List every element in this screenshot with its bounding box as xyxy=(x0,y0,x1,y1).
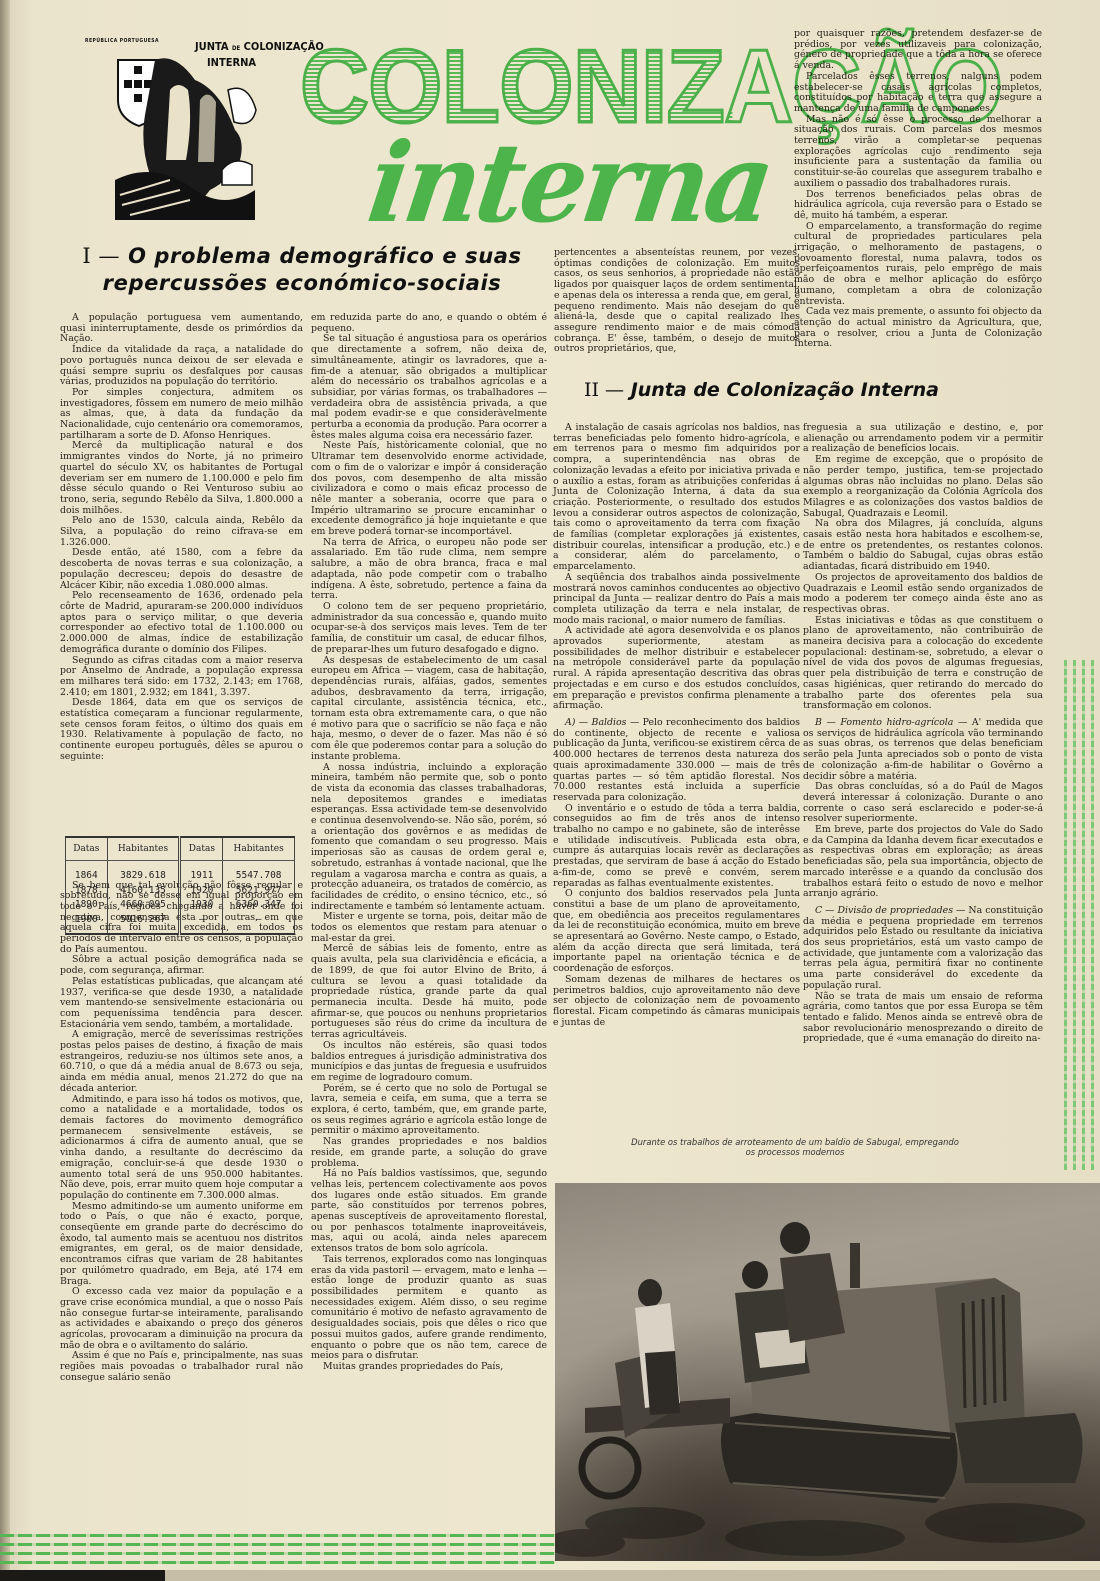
paragraph: Não se trata de mais um ensaio de reform… xyxy=(803,992,1043,1046)
cell: 1920 xyxy=(180,884,223,899)
cell: 5621.977 xyxy=(223,884,295,899)
page-bottom-edge xyxy=(0,1570,1100,1581)
section-1-title-line2: repercussões económico-sociais xyxy=(62,270,542,297)
cell: — xyxy=(180,913,223,935)
caption-line-1: Durante os trabalhos de arroteamento de … xyxy=(585,1137,1005,1147)
paragraph: A instalação de casais agrícolas nos bal… xyxy=(553,423,800,573)
table-row: 1890 4660.095 1930 6360.347 xyxy=(66,898,295,913)
emblem-de: DE xyxy=(232,45,240,52)
paragraph: O excesso cada vez maior da população e … xyxy=(60,1287,303,1351)
section-2-number: II — xyxy=(584,379,624,401)
paragraph: Mas não é só êsse o processo de melhorar… xyxy=(794,115,1042,190)
cell: 3829.618 xyxy=(107,861,180,884)
section-2-column-2: freguesia a sua utilização e destino, e,… xyxy=(803,423,1043,1045)
paragraph: As despesas de estabelecimento de um cas… xyxy=(311,656,547,763)
paragraph: Desde então, até 1580, com a febre da de… xyxy=(60,548,303,591)
paragraph: Mercê de sábias leis de fomento, entre a… xyxy=(311,944,547,1040)
table-row: 1900 5016.267 — — xyxy=(66,913,295,935)
paragraph: Somam dezenas de milhares de hectares os… xyxy=(553,975,800,1029)
photo-caption: Durante os trabalhos de arroteamento de … xyxy=(585,1137,1005,1157)
paragraph: Índice da vitalidade da raça, a natalida… xyxy=(60,345,303,388)
paragraph: Segundo as cifras citadas com a maior re… xyxy=(60,656,303,699)
newspaper-page: REPÚBLICA PORTUGUESA JUNTA DE COLONIZAÇÃ… xyxy=(0,0,1100,1581)
paragraph-text: Na constituição da média e pequena propr… xyxy=(803,905,1043,991)
paragraph: Estas iniciativas e tôdas as que constit… xyxy=(803,616,1043,712)
paragraph: Mercê da multiplicação natural e dos imm… xyxy=(60,441,303,516)
cell: 1900 xyxy=(66,913,108,935)
paragraph: A nossa indústria, incluindo a exploraçã… xyxy=(311,763,547,913)
paragraph: Os incultos não estéreis, são quasi todo… xyxy=(311,1041,547,1084)
paragraph: Parcelados êsses terrenos, nalguns podem… xyxy=(794,72,1042,115)
cell: 1864 xyxy=(66,861,108,884)
section-1-column-2: em reduzida parte do ano, e quando o obt… xyxy=(311,313,547,1373)
paragraph: Porém, se é certo que no solo de Portuga… xyxy=(311,1084,547,1138)
cell: 5016.267 xyxy=(107,913,180,935)
paragraph: Os projectos de aproveitamento dos baldi… xyxy=(803,573,1043,616)
tractor-photo xyxy=(555,1183,1100,1561)
fomento-label: B — Fomento hidro-agrícola — xyxy=(815,717,967,728)
paragraph: Em breve, parte dos projectos do Vale do… xyxy=(803,825,1043,900)
masthead-subtitle: interna xyxy=(362,125,777,241)
section-2-title: Junta de Colonização Interna xyxy=(631,379,939,401)
tractor-plough-illustration xyxy=(555,1183,1100,1561)
baldios-paragraph: A) — Baldios — Pelo reconhecimento dos b… xyxy=(553,718,800,804)
paragraph: freguesia a sua utilização e destino, e,… xyxy=(803,423,1043,455)
paragraph: Em regime de excepção, que o propósito d… xyxy=(803,455,1043,519)
republic-label: REPÚBLICA PORTUGUESA xyxy=(85,34,159,48)
paragraph: Desde 1864, data em que os serviços de e… xyxy=(60,698,303,762)
divisao-paragraph: C — Divisão de propriedades — Na constit… xyxy=(803,906,1043,992)
paragraph: pertencentes a absenteístas reunem, por … xyxy=(554,248,800,355)
cell: 1930 xyxy=(180,898,223,913)
paragraph: Há no País baldios vastíssimos, que, seg… xyxy=(311,1169,547,1255)
paragraph: em reduzida parte do ano, e quando o obt… xyxy=(311,313,547,334)
paragraph: Pelo recenseamento de 1636, ordenado pel… xyxy=(60,591,303,655)
section-1-number: I — xyxy=(82,244,120,268)
paragraph: Neste País, històricamente colonial, que… xyxy=(311,441,547,537)
decorative-green-wave-bottom xyxy=(0,1532,555,1568)
cell: 1911 xyxy=(180,861,223,884)
paragraph: Das obras concluídas, só a do Paúl de Ma… xyxy=(803,782,1043,825)
section-1-title-line1: O problema demográfico e suas xyxy=(128,244,522,268)
section-1-column-3: pertencentes a absenteístas reunem, por … xyxy=(554,248,800,355)
header-habitantes: Habitantes xyxy=(107,837,180,861)
header-habitantes: Habitantes xyxy=(223,837,295,861)
divisao-label: C — Divisão de propriedades — xyxy=(815,905,965,916)
paragraph: Na obra dos Milagres, já concluída, algu… xyxy=(803,519,1043,573)
paragraph: Mister e urgente se torna, pois, deitar … xyxy=(311,912,547,944)
paragraph: Assim é que no País e, principalmente, n… xyxy=(60,1351,303,1383)
section-2-column-1: A instalação de casais agrícolas nos bal… xyxy=(553,423,800,1028)
cell: 5547.708 xyxy=(223,861,295,884)
paragraph: O emparcelamento, a transformação do reg… xyxy=(794,222,1042,308)
section-1-column-4: por quaisquer razões, pretendem desfazer… xyxy=(794,29,1042,350)
cell: 1890 xyxy=(66,898,108,913)
emblem-line-junta: JUNTA xyxy=(195,40,229,53)
paragraph: Nas grandes propriedades e nos baldios r… xyxy=(311,1137,547,1169)
cell: — xyxy=(223,913,295,935)
paragraph: Admitindo, e para isso há todos os motiv… xyxy=(60,1095,303,1202)
fomento-paragraph: B — Fomento hidro-agrícola — A' medida q… xyxy=(803,718,1043,782)
paragraph: Muitas grandes propriedades do País, xyxy=(311,1362,547,1373)
cell: 4160.135 xyxy=(107,884,180,899)
paragraph: A actividade até agora desenvolvida e os… xyxy=(553,626,800,712)
population-table: Datas Habitantes Datas Habitantes 1864 3… xyxy=(65,836,295,935)
paragraph: Se tal situação é angustiosa para os ope… xyxy=(311,334,547,441)
paragraph: Por simples conjectura, admitem os inves… xyxy=(60,388,303,442)
baldios-label: A) — Baldios — xyxy=(565,717,639,728)
paragraph-text: Pelo reconhecimento dos baldios do conti… xyxy=(553,717,800,803)
header-datas: Datas xyxy=(180,837,223,861)
page-spine-shadow xyxy=(0,0,10,1581)
cell: 6360.347 xyxy=(223,898,295,913)
cell: 4660.095 xyxy=(107,898,180,913)
paragraph: A população portuguesa vem aumentando, q… xyxy=(60,313,303,345)
paragraph: O colono tem de ser pequeno proprietário… xyxy=(311,602,547,656)
table-row: 1864 3829.618 1911 5547.708 xyxy=(66,861,295,884)
table-header-row: Datas Habitantes Datas Habitantes xyxy=(66,837,295,861)
paragraph: A emigração, mercê de severíssimas restr… xyxy=(60,1030,303,1094)
paragraph: por quaisquer razões, pretendem desfazer… xyxy=(794,29,1042,72)
section-1-heading: I — O problema demográfico e suas reperc… xyxy=(62,243,542,297)
section-2-heading: II — Junta de Colonização Interna xyxy=(584,378,1014,402)
paragraph: O conjunto dos baldios reservados pela J… xyxy=(553,889,800,975)
caption-line-2: os processos modernos xyxy=(585,1147,1005,1157)
cell: 1878 xyxy=(66,884,108,899)
decorative-green-wave-right xyxy=(1062,660,1100,1170)
paragraph: Mesmo admitindo-se um aumento uniforme e… xyxy=(60,1202,303,1288)
paragraph: A seqüência dos trabalhos ainda possivel… xyxy=(553,573,800,627)
paragraph: Sôbre a actual posição demográfica nada … xyxy=(60,955,303,976)
header-datas: Datas xyxy=(66,837,108,861)
paragraph: Na terra de Africa, o europeu não pode s… xyxy=(311,538,547,602)
paragraph: Cada vez mais premente, o assunto foi ob… xyxy=(794,307,1042,350)
paragraph: Dos terrenos beneficiados pelas obras de… xyxy=(794,190,1042,222)
paragraph: Pelo ano de 1530, calcula ainda, Rebêlo … xyxy=(60,516,303,548)
table-row: 1878 4160.135 1920 5621.977 xyxy=(66,884,295,899)
paragraph: Pelas estatísticas publicadas, que alcan… xyxy=(60,977,303,1031)
paragraph: O inventário e o estudo de tôda a terra … xyxy=(553,804,800,890)
paragraph: Tais terrenos, explorados como nas longi… xyxy=(311,1255,547,1362)
